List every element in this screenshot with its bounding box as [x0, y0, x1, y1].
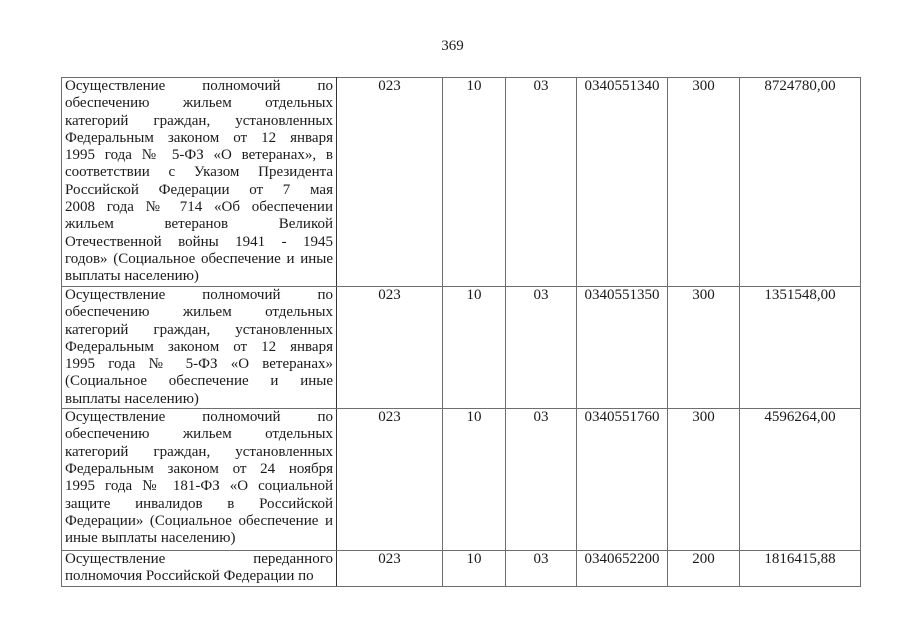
description-line: 1995 года № 5-ФЗ «О ветеранах»: [65, 356, 333, 373]
subsection-cell: 03: [506, 551, 577, 587]
description-line: 1995 года № 5-ФЗ «О ветеранах», в: [65, 147, 333, 164]
table-row: Осуществление переданногополномочия Росс…: [62, 551, 861, 587]
amount-cell: 1816415,88: [740, 551, 861, 587]
section-cell: 10: [443, 287, 506, 409]
description-line: Российской Федерации от 7 мая: [65, 182, 333, 199]
description-line: (Социальное обеспечение и иные: [65, 373, 333, 390]
description-line: Федерации» (Социальное обеспечение и: [65, 513, 333, 530]
admin-code-cell: 023: [337, 287, 443, 409]
description-cell: Осуществление полномочий пообеспечению ж…: [62, 409, 337, 551]
description-line: жильем ветеранов Великой: [65, 216, 333, 233]
expense-type-cell: 300: [668, 409, 740, 551]
description-line: иные выплаты населению): [65, 530, 333, 547]
admin-code-cell: 023: [337, 78, 443, 287]
description-line: 1995 года № 181-ФЗ «О социальной: [65, 478, 333, 495]
section-cell: 10: [443, 551, 506, 587]
description-cell: Осуществление переданногополномочия Росс…: [62, 551, 337, 587]
description-line: категорий граждан, установленных: [65, 322, 333, 339]
description-line: годов» (Социальное обеспечение и иные: [65, 251, 333, 268]
description-line: обеспечению жильем отдельных: [65, 95, 333, 112]
section-cell: 10: [443, 78, 506, 287]
budget-table-body: Осуществление полномочий пообеспечению ж…: [62, 78, 861, 587]
table-row: Осуществление полномочий пообеспечению ж…: [62, 78, 861, 287]
description-line: соответствии с Указом Президента: [65, 164, 333, 181]
description-line: обеспечению жильем отдельных: [65, 304, 333, 321]
description-cell: Осуществление полномочий пообеспечению ж…: [62, 287, 337, 409]
target-article-cell: 0340551350: [577, 287, 668, 409]
budget-table: Осуществление полномочий пообеспечению ж…: [61, 77, 861, 587]
description-line: Отечественной войны 1941 - 1945: [65, 234, 333, 251]
amount-cell: 4596264,00: [740, 409, 861, 551]
description-line: Осуществление полномочий по: [65, 409, 333, 426]
description-line: Федеральным законом от 24 ноября: [65, 461, 333, 478]
expense-type-cell: 300: [668, 78, 740, 287]
table-row: Осуществление полномочий пообеспечению ж…: [62, 287, 861, 409]
amount-cell: 8724780,00: [740, 78, 861, 287]
description-line: категорий граждан, установленных: [65, 444, 333, 461]
expense-type-cell: 300: [668, 287, 740, 409]
target-article-cell: 0340652200: [577, 551, 668, 587]
description-line: Федеральным законом от 12 января: [65, 339, 333, 356]
description-line: категорий граждан, установленных: [65, 113, 333, 130]
description-cell: Осуществление полномочий пообеспечению ж…: [62, 78, 337, 287]
target-article-cell: 0340551340: [577, 78, 668, 287]
description-line: Осуществление полномочий по: [65, 287, 333, 304]
subsection-cell: 03: [506, 287, 577, 409]
subsection-cell: 03: [506, 409, 577, 551]
admin-code-cell: 023: [337, 551, 443, 587]
description-line: полномочия Российской Федерации по: [65, 568, 333, 585]
amount-cell: 1351548,00: [740, 287, 861, 409]
section-cell: 10: [443, 409, 506, 551]
description-line: выплаты населению): [65, 268, 333, 285]
description-line: 2008 года № 714 «Об обеспечении: [65, 199, 333, 216]
description-line: Осуществление переданного: [65, 551, 333, 568]
description-line: защите инвалидов в Российской: [65, 496, 333, 513]
description-line: обеспечению жильем отдельных: [65, 426, 333, 443]
expense-type-cell: 200: [668, 551, 740, 587]
description-line: выплаты населению): [65, 391, 333, 408]
table-row: Осуществление полномочий пообеспечению ж…: [62, 409, 861, 551]
subsection-cell: 03: [506, 78, 577, 287]
description-line: Федеральным законом от 12 января: [65, 130, 333, 147]
description-line: Осуществление полномочий по: [65, 78, 333, 95]
admin-code-cell: 023: [337, 409, 443, 551]
target-article-cell: 0340551760: [577, 409, 668, 551]
page-number: 369: [0, 38, 905, 55]
